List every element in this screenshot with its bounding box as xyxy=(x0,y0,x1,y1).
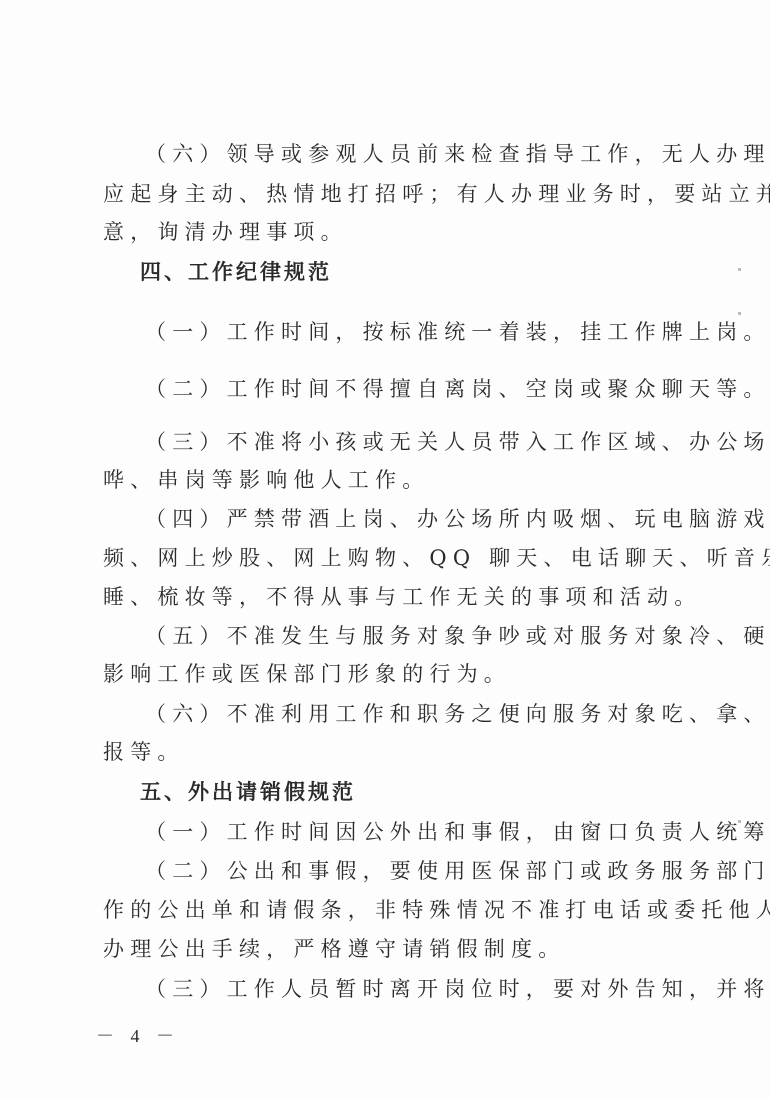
paragraph-line: 哗、串岗等影响他人工作。 xyxy=(103,466,429,494)
scan-speck xyxy=(738,268,741,271)
paragraph-line: 作的公出单和请假条，非特殊情况不准打电话或委托他人请假或 xyxy=(103,896,770,924)
paragraph-line: 意，询清办理事项。 xyxy=(103,218,348,246)
paragraph-line: （六）领导或参观人员前来检查指导工作，无人办理业务时， xyxy=(145,140,770,168)
paragraph-line: 应起身主动、热情地打招呼；有人办理业务时，要站立并微笑示 xyxy=(103,180,770,208)
section-heading: 五、外出请销假规范 xyxy=(140,778,356,806)
paragraph-line: （二）工作时间不得擅自离岗、空岗或聚众聊天等。 xyxy=(145,375,770,403)
paragraph-line: （四）严禁带酒上岗、办公场所内吸烟、玩电脑游戏、看视 xyxy=(145,505,770,533)
scan-speck xyxy=(738,312,741,315)
paragraph-line: 办理公出手续，严格遵守请销假制度。 xyxy=(103,935,565,963)
paragraph-line: （五）不准发生与服务对象争吵或对服务对象冷、硬、顶等 xyxy=(145,622,770,650)
section-heading: 四、工作纪律规范 xyxy=(140,258,332,286)
paragraph-line: （三）不准将小孩或无关人员带入工作区域、办公场所内喧 xyxy=(145,428,770,456)
paragraph-line: （二）公出和事假，要使用医保部门或政务服务部门统一制 xyxy=(145,857,770,885)
page-number: － 4 － xyxy=(96,1022,180,1048)
paragraph-line: （三）工作人员暂时离开岗位时，要对外告知，并将工作监 xyxy=(145,975,770,1003)
paragraph-line: （六）不准利用工作和职务之便向服务对象吃、拿、卡、要、 xyxy=(145,700,770,728)
paragraph-line: 睡、梳妆等，不得从事与工作无关的事项和活动。 xyxy=(103,583,701,611)
paragraph-line: 频、网上炒股、网上购物、QQ 聊天、电话聊天、听音乐、打瞌 xyxy=(103,544,770,572)
scan-speck xyxy=(738,820,741,823)
paragraph-line: （一）工作时间，按标准统一着装，挂工作牌上岗。 xyxy=(145,318,770,346)
paragraph-line: （一）工作时间因公外出和事假，由窗口负责人统筹安排。 xyxy=(145,818,770,846)
document-page: （六）领导或参观人员前来检查指导工作，无人办理业务时， 应起身主动、热情地打招呼… xyxy=(0,0,770,1099)
paragraph-line: 影响工作或医保部门形象的行为。 xyxy=(103,660,511,688)
paragraph-line: 报等。 xyxy=(103,738,185,766)
